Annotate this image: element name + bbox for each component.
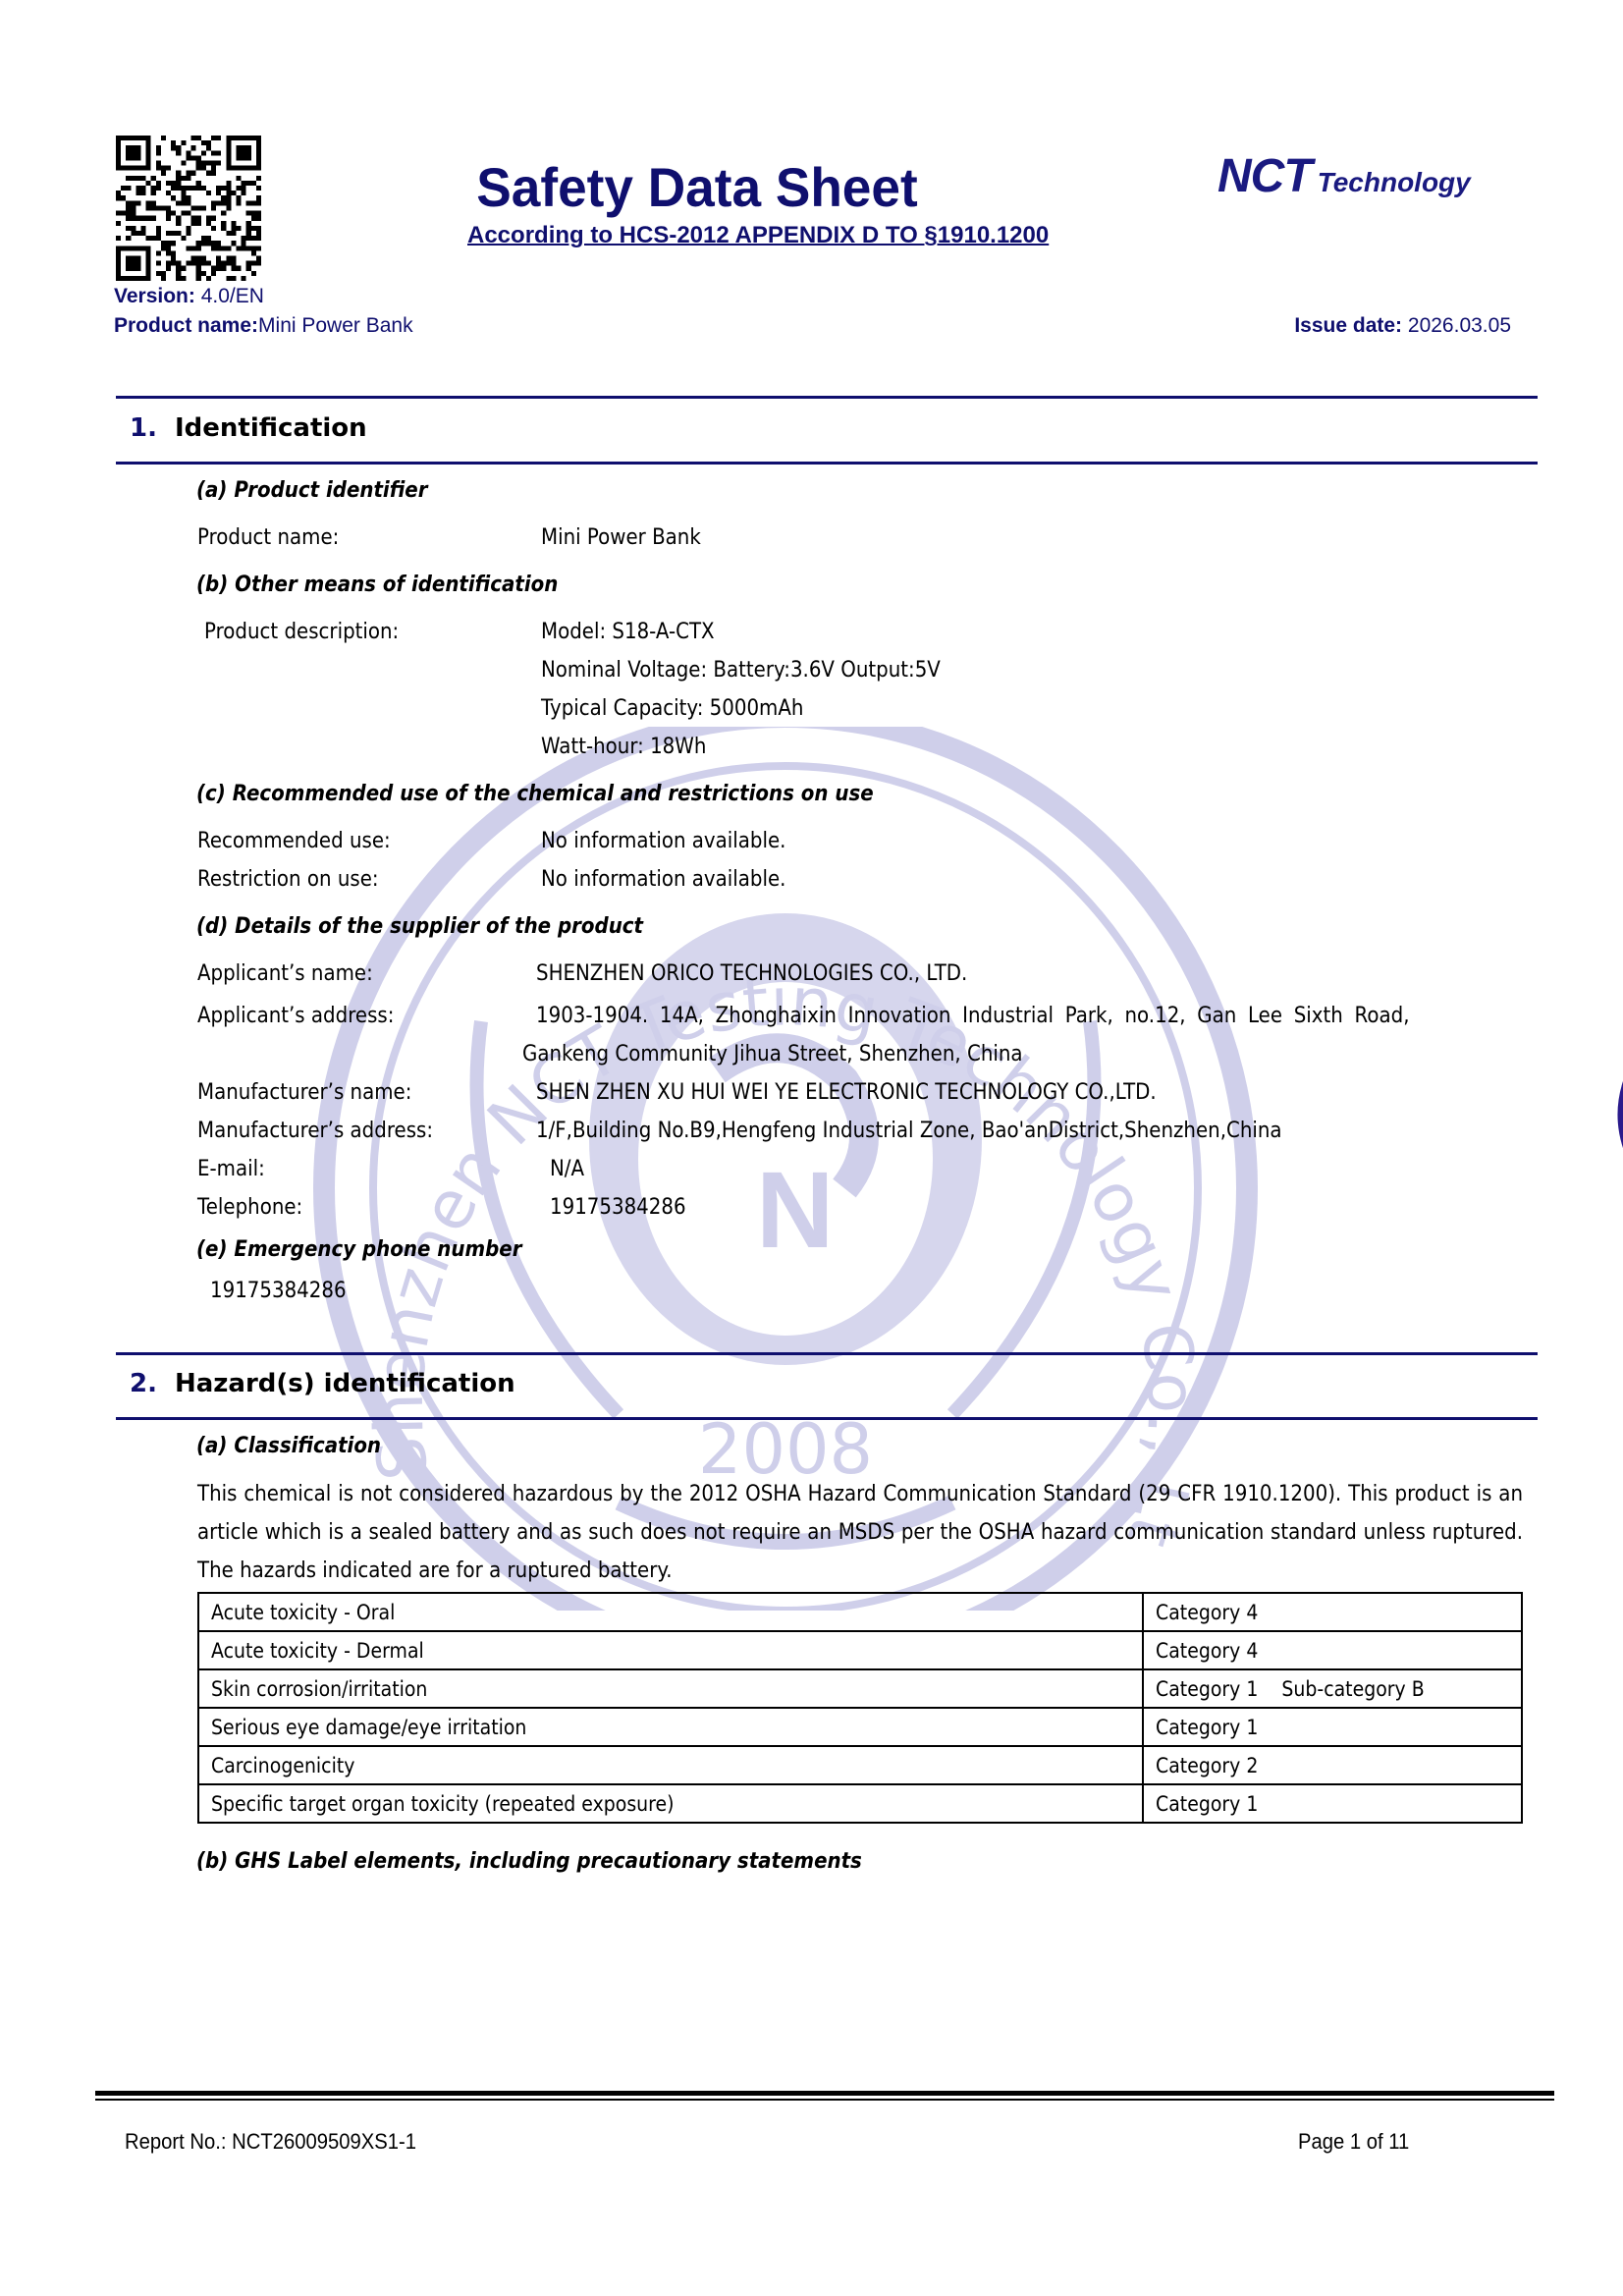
section-rule xyxy=(116,396,1538,399)
hazard-class: Acute toxicity - Oral xyxy=(211,1601,395,1624)
email-value: N/A xyxy=(550,1157,584,1181)
product-name-label: Product name: xyxy=(114,314,258,337)
hazard-category: Category 2 xyxy=(1156,1754,1258,1777)
subheading-emergency-phone: (e) Emergency phone number xyxy=(196,1237,521,1262)
section-rule xyxy=(116,1417,1538,1420)
nct-logo: NCTTechnology xyxy=(1217,149,1471,203)
applicant-address-line2: Gankeng Community Jihua Street, Shenzhen… xyxy=(522,1042,1023,1066)
description-line: Model: S18-A-CTX xyxy=(541,620,715,644)
section-rule xyxy=(116,462,1538,465)
hazard-class: Skin corrosion/irritation xyxy=(211,1677,427,1701)
product-name-value: Mini Power Bank xyxy=(541,525,701,550)
version-line: Version: 4.0/EN xyxy=(114,285,264,308)
footer-rule xyxy=(95,2099,1554,2101)
manufacturer-address-value: 1/F,Building No.B9,Hengfeng Industrial Z… xyxy=(536,1119,1282,1143)
table-row: Specific target organ toxicity (repeated… xyxy=(198,1784,1522,1823)
version-value: 4.0/EN xyxy=(201,285,264,307)
document-title: Safety Data Sheet xyxy=(35,155,1360,219)
telephone-value: 19175384286 xyxy=(550,1195,686,1220)
issue-date-line: Issue date: 2026.03.05 xyxy=(1294,314,1511,338)
footer-rule xyxy=(95,2091,1554,2096)
hazard-category-cell: Category 4 xyxy=(1143,1593,1522,1631)
subheading-ghs-label: (b) GHS Label elements, including precau… xyxy=(196,1849,862,1874)
issue-date-value: 2026.03.05 xyxy=(1408,314,1511,337)
email-label: E-mail: xyxy=(197,1157,265,1181)
hazard-class: Acute toxicity - Dermal xyxy=(211,1639,424,1663)
restriction-value: No information available. xyxy=(541,867,785,892)
hazard-category-cell: Category 1 xyxy=(1143,1708,1522,1746)
logo-brand: NCT xyxy=(1217,150,1312,202)
page-number: Page 1 of 11 xyxy=(1298,2129,1409,2155)
product-description-label: Product description: xyxy=(204,620,399,644)
hazard-class-cell: Skin corrosion/irritation xyxy=(198,1669,1143,1708)
hazard-class: Serious eye damage/eye irritation xyxy=(211,1716,526,1739)
hazard-category: Category 4 xyxy=(1156,1601,1258,1624)
hazard-class-cell: Acute toxicity - Oral xyxy=(198,1593,1143,1631)
section-heading: Hazard(s) identification xyxy=(175,1369,515,1398)
applicant-address-label: Applicant’s address: xyxy=(197,1004,394,1028)
hazard-class-cell: Carcinogenicity xyxy=(198,1746,1143,1784)
hazard-category: Category 1 xyxy=(1156,1792,1258,1816)
section-heading: Identification xyxy=(175,413,367,443)
telephone-label: Telephone: xyxy=(197,1195,302,1220)
hazard-category-cell: Category 2 xyxy=(1143,1746,1522,1784)
table-row: Acute toxicity - DermalCategory 4 xyxy=(198,1631,1522,1669)
subheading-other-means: (b) Other means of identification xyxy=(196,573,558,597)
recommended-use-value: No information available. xyxy=(541,829,785,853)
hazard-category: Category 4 xyxy=(1156,1639,1258,1663)
applicant-name-value: SHENZHEN ORICO TECHNOLOGIES CO., LTD. xyxy=(536,961,967,986)
subheading-supplier-details: (d) Details of the supplier of the produ… xyxy=(196,914,643,939)
hazard-class: Carcinogenicity xyxy=(211,1754,354,1777)
hazard-class-cell: Acute toxicity - Dermal xyxy=(198,1631,1143,1669)
manufacturer-name-label: Manufacturer’s name: xyxy=(197,1080,411,1105)
section-number: 2. xyxy=(130,1369,157,1398)
hazard-category-cell: Category 1 Sub-category B xyxy=(1143,1669,1522,1708)
section-1-title: 1.Identification xyxy=(130,413,367,443)
manufacturer-address-label: Manufacturer’s address: xyxy=(197,1119,433,1143)
applicant-name-label: Applicant’s name: xyxy=(197,961,373,986)
subheading-recommended-use: (c) Recommended use of the chemical and … xyxy=(196,782,874,806)
document-subtitle: According to HCS-2012 APPENDIX D TO §191… xyxy=(467,222,1049,249)
classification-paragraph: This chemical is not considered hazardou… xyxy=(197,1475,1523,1590)
table-row: Acute toxicity - OralCategory 4 xyxy=(198,1593,1522,1631)
hazard-category: Category 1 xyxy=(1156,1716,1258,1739)
logo-word: Technology xyxy=(1318,167,1471,197)
product-name-line: Product name:Mini Power Bank xyxy=(114,314,413,338)
product-name-label: Product name: xyxy=(197,525,339,550)
hazard-classification-table: Acute toxicity - OralCategory 4Acute tox… xyxy=(197,1592,1523,1824)
hazard-class-cell: Specific target organ toxicity (repeated… xyxy=(198,1784,1143,1823)
seal-edge-stamp xyxy=(1598,1056,1623,1174)
table-row: Skin corrosion/irritationCategory 1 Sub-… xyxy=(198,1669,1522,1708)
hazard-class-cell: Serious eye damage/eye irritation xyxy=(198,1708,1143,1746)
section-2-title: 2.Hazard(s) identification xyxy=(130,1369,515,1398)
hazard-category: Category 1 Sub-category B xyxy=(1156,1677,1425,1701)
issue-date-label: Issue date: xyxy=(1294,314,1402,337)
table-row: Serious eye damage/eye irritationCategor… xyxy=(198,1708,1522,1746)
report-number: Report No.: NCT26009509XS1-1 xyxy=(125,2129,416,2155)
section-rule xyxy=(116,1352,1538,1355)
hazard-category-cell: Category 1 xyxy=(1143,1784,1522,1823)
hazard-class: Specific target organ toxicity (repeated… xyxy=(211,1792,675,1816)
description-line: Nominal Voltage: Battery:3.6V Output:5V xyxy=(541,658,941,683)
manufacturer-name-value: SHEN ZHEN XU HUI WEI YE ELECTRONIC TECHN… xyxy=(536,1080,1157,1105)
restriction-label: Restriction on use: xyxy=(197,867,379,892)
product-name-value: Mini Power Bank xyxy=(258,314,413,337)
emergency-phone-value: 19175384286 xyxy=(210,1279,347,1303)
version-label: Version: xyxy=(114,285,195,307)
svg-text:N: N xyxy=(756,1150,834,1271)
description-line: Watt-hour: 18Wh xyxy=(541,735,706,759)
recommended-use-label: Recommended use: xyxy=(197,829,391,853)
subheading-classification: (a) Classification xyxy=(196,1434,381,1458)
applicant-address-line1: 1903-1904. 14A, Zhonghaixin Innovation I… xyxy=(536,1004,1410,1028)
subheading-product-identifier: (a) Product identifier xyxy=(196,478,428,503)
hazard-category-cell: Category 4 xyxy=(1143,1631,1522,1669)
table-row: CarcinogenicityCategory 2 xyxy=(198,1746,1522,1784)
section-number: 1. xyxy=(130,413,157,443)
description-line: Typical Capacity: 5000mAh xyxy=(541,696,803,721)
